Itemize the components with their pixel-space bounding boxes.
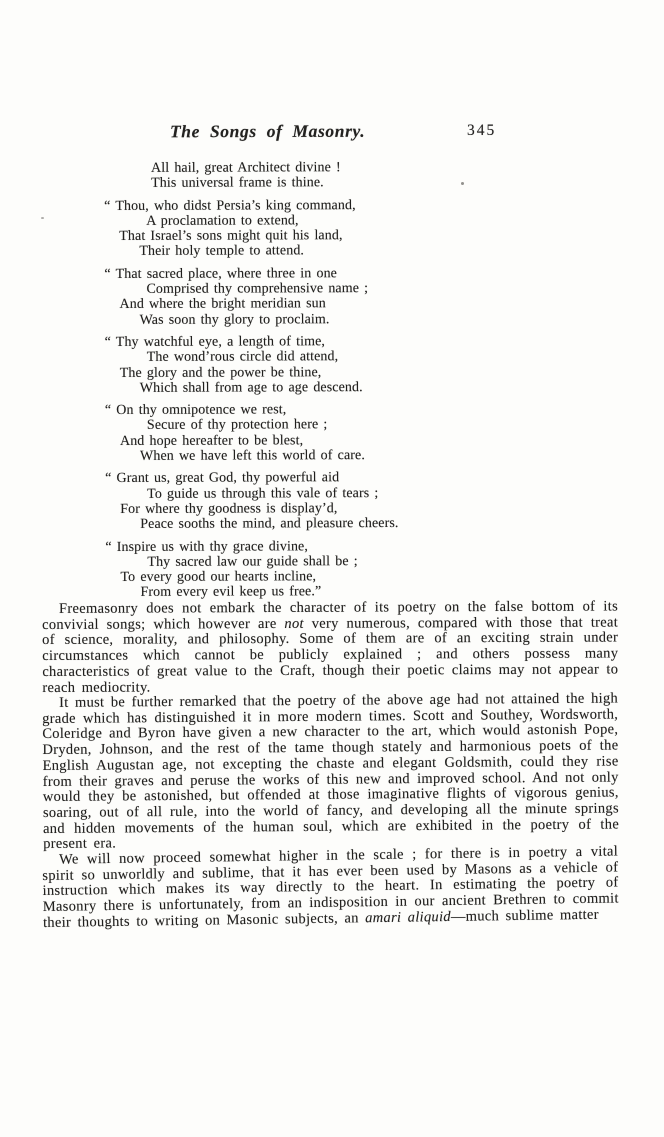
poem-line: “ That sacred place, where three in one xyxy=(104,265,524,282)
poem-line: “ Grant us, great God, thy powerful aid xyxy=(105,470,525,487)
poem-stanza: “ Thy watchful eye, a length of time,The… xyxy=(105,334,525,397)
poem-stanza: “ Inspire us with thy grace divine,Thy s… xyxy=(105,538,525,601)
poem-line: From every evil keep us free.” xyxy=(140,584,525,601)
text-segment: —much sublime matter xyxy=(451,907,599,925)
poem-line: “ Thou, who didst Persia’s king command, xyxy=(104,197,524,214)
poem-line: To guide us through this vale of tears ; xyxy=(147,485,525,502)
poem-line: And hope hereafter to be blest, xyxy=(120,432,525,449)
poem-line: Was soon thy glory to proclaim. xyxy=(140,311,525,328)
poem-stanza: “ Thou, who didst Persia’s king command,… xyxy=(104,197,524,260)
poem-line: That Israel’s sons might quit his land, xyxy=(119,228,524,245)
poem-line: To every good our hearts incline, xyxy=(120,569,525,586)
poem-line: Their holy temple to attend. xyxy=(139,243,524,260)
book-page-scan: The Songs of Masonry. 345 All hail, grea… xyxy=(0,0,664,1137)
scan-speck xyxy=(608,669,610,671)
poem-line: When we have left this world of care. xyxy=(140,448,525,465)
poem-line: And where the bright meridian sun xyxy=(119,296,524,313)
poem-line: Thy sacred law our guide shall be ; xyxy=(147,553,525,570)
poem-stanza: “ Grant us, great God, thy powerful aidT… xyxy=(105,470,525,533)
body-text: Freemasonry does not embark the characte… xyxy=(42,602,618,932)
poem-line: “ Inspire us with thy grace divine, xyxy=(105,538,525,555)
poem-line: “ Thy watchful eye, a length of time, xyxy=(105,334,525,351)
poem-stanza: “ That sacred place, where three in oneC… xyxy=(104,265,524,328)
poem-stanza: All hail, great Architect divine !This u… xyxy=(104,160,524,192)
scan-speck xyxy=(41,217,44,219)
scan-speck xyxy=(461,182,464,185)
poem-line: Which shall from age to age descend. xyxy=(140,379,525,396)
running-head: The Songs of Masonry. 345 xyxy=(0,0,664,40)
poem-block: All hail, great Architect divine !This u… xyxy=(104,160,526,608)
paragraph: Freemasonry does not embark the characte… xyxy=(42,599,618,696)
poem-line: A proclamation to extend, xyxy=(146,212,524,229)
italic-text: amari aliquid xyxy=(365,909,451,926)
poem-line: For where thy goodness is display’d, xyxy=(120,500,525,517)
paragraph: We will now proceed somewhat higher in t… xyxy=(42,845,619,932)
paragraph: It must be further remarked that the poe… xyxy=(42,692,619,854)
poem-line: All hail, great Architect divine ! xyxy=(151,160,524,177)
poem-line: Comprised thy comprehensive name ; xyxy=(146,281,524,298)
poem-line: This universal frame is thine. xyxy=(151,175,524,192)
page-title: The Songs of Masonry. xyxy=(170,121,365,143)
page-number: 345 xyxy=(467,122,496,140)
poem-line: “ On thy omnipotence we rest, xyxy=(105,402,525,419)
text-segment: It must be further remarked that the poe… xyxy=(42,691,619,853)
poem-line: Secure of thy protection here ; xyxy=(147,417,525,434)
poem-line: The wond’rous circle did attend, xyxy=(147,349,525,366)
poem-stanza: “ On thy omnipotence we rest,Secure of t… xyxy=(105,402,525,465)
poem-line: Peace sooths the mind, and pleasure chee… xyxy=(140,516,525,533)
italic-text: not xyxy=(284,616,304,632)
poem-line: The glory and the power be thine, xyxy=(120,364,525,381)
